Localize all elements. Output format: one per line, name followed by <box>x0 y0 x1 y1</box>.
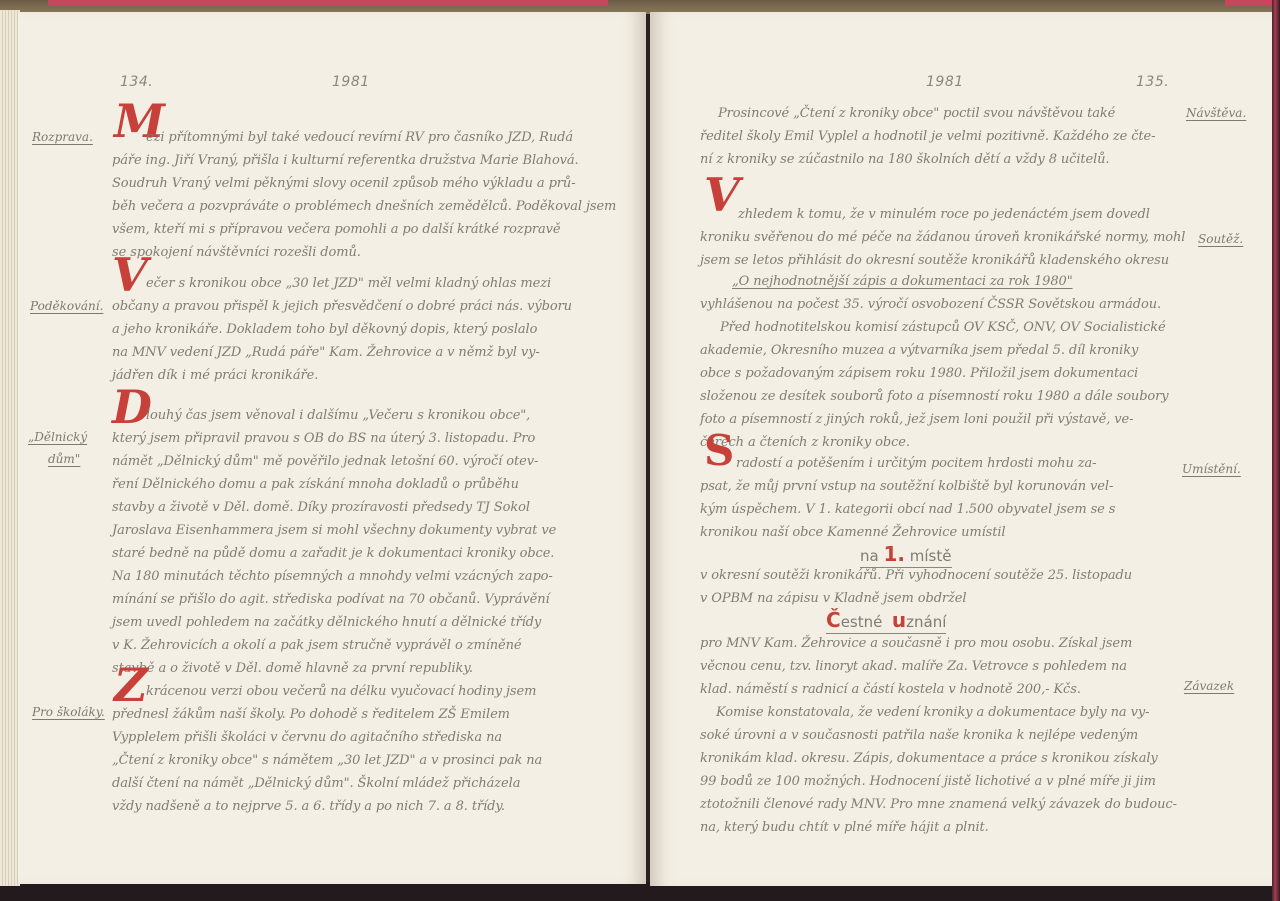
text-line: v OPBM na zápisu v Kladně jsem obdržel <box>700 591 966 606</box>
text-line: psat, že můj první vstup na soutěžní kol… <box>700 479 1113 494</box>
text-line: námět „Dělnický dům" mě pověřilo jednak … <box>112 454 538 469</box>
text-line: ztotožnili členové rady MNV. Pro mne zna… <box>700 797 1177 812</box>
text-line: pro MNV Kam. Žehrovice a současně i pro … <box>700 636 1132 651</box>
text-line: všem, kteří mi s přípravou večera pomohl… <box>112 222 560 237</box>
text-line: kroniku svěřenou do mé péče na žádanou ú… <box>700 230 1185 245</box>
margin-note-pro-skolaky: Pro školáky. <box>32 705 105 719</box>
text-line: který jsem připravil pravou s OB do BS n… <box>112 431 535 446</box>
text-line: jsem uvedl pohledem na začátky dělnickéh… <box>112 615 541 630</box>
text-line: ní z kroniky se zúčastnilo na 180 školní… <box>700 152 1110 167</box>
margin-note-podekovani: Poděkování. <box>30 299 103 313</box>
drop-cap: S <box>704 430 734 472</box>
page-number: 134. <box>120 74 153 90</box>
text-line: zhledem k tomu, že v minulém roce po jed… <box>738 207 1150 222</box>
page-year: 1981 <box>926 74 964 90</box>
page-year: 1981 <box>332 74 370 90</box>
text-line: jsem se letos přihlásit do okresní soutě… <box>700 253 1169 268</box>
right-page: 1981 135. Návštěva. Soutěž. Umístění. Zá… <box>650 12 1272 886</box>
text-line: kronikám klad. okresu. Zápis, dokumentac… <box>700 751 1158 766</box>
margin-note-dum: dům" <box>48 452 80 466</box>
text-line: další čtení na námět „Dělnický dům". Ško… <box>112 776 520 791</box>
text-line: věcnou cenu, tzv. linoryt akad. malíře Z… <box>700 659 1127 674</box>
margin-note-rozprava: Rozprava. <box>32 130 93 144</box>
text-line: občany a pravou přispěl k jejich přesvěd… <box>112 299 572 314</box>
competition-title: „O nejhodnotnější zápis a dokumentaci za… <box>732 274 1073 289</box>
text-line: přednesl žákům naší školy. Po dohodě s ř… <box>112 707 510 722</box>
text-line: Jaroslava Eisenhammera jsem si mohl všec… <box>112 523 556 538</box>
text-line: kým úspěchem. V 1. kategorii obcí nad 1.… <box>700 502 1115 517</box>
drop-cap: D <box>112 384 152 430</box>
text-line: kronikou naší obce Kamenné Žehrovice umí… <box>700 525 1005 540</box>
text-line: v okresní soutěži kronikářů. Při vyhodno… <box>700 568 1132 583</box>
text-line: na, který budu chtít v plné míře hájit a… <box>700 820 989 835</box>
text-line: obce s požadovaným zápisem roku 1980. Př… <box>700 366 1138 381</box>
cover-edge-right-side <box>1272 0 1280 901</box>
drop-cap: Z <box>114 662 148 708</box>
text-line: Komise konstatovala, že vedení kroniky a… <box>716 705 1149 720</box>
text-line: Soudruh Vraný velmi pěknými slovy ocenil… <box>112 176 576 191</box>
text-line: Před hodnotitelskou komisí zástupců OV K… <box>720 320 1166 335</box>
text-line: páře ing. Jiří Vraný, přišla i kulturní … <box>112 153 579 168</box>
placement-title: na 1. místě <box>860 542 952 568</box>
text-line: klad. náměstí s radnicí a částí kostela … <box>700 682 1081 697</box>
placement-number: 1. <box>883 542 905 566</box>
text-line: mínání se přišlo do agit. střediska podí… <box>112 592 550 607</box>
honor-title: Čestné uznání <box>826 608 946 634</box>
text-line: staré bedně na půdě domu a zařadit je k … <box>112 546 554 561</box>
text-line: akademie, Okresního muzea a výtvarníka j… <box>700 343 1138 358</box>
text-line: 99 bodů ze 100 možných. Hodnocení jistě … <box>700 774 1156 789</box>
text-line: Vypplelem přišli školáci v červnu do agi… <box>112 730 502 745</box>
text-line: se spokojení návštěvníci rozešli domů. <box>112 245 361 260</box>
text-line: foto a písemností z jiných roků, jež jse… <box>700 412 1133 427</box>
drop-cap: V <box>112 252 148 298</box>
text-line: „Čtení z kroniky obce" s námětem „30 let… <box>112 753 542 768</box>
text-line: a jeho kronikáře. Dokladem toho byl děko… <box>112 322 537 337</box>
text-line: v K. Žehrovicích a okolí a pak jsem stru… <box>112 638 522 653</box>
text-line: krácenou verzi obou večerů na délku vyuč… <box>146 684 536 699</box>
text-line: ření Dělnického domu a pak získání mnoha… <box>112 477 519 492</box>
margin-note-soutez: Soutěž. <box>1198 232 1243 246</box>
text-line: louhý čas jsem věnoval i dalšímu „Večeru… <box>146 408 530 423</box>
margin-note-navsteva: Návštěva. <box>1186 106 1246 120</box>
text-line: ředitel školy Emil Vyplel a hodnotil je … <box>700 129 1155 144</box>
text-line: vždy nadšeně a to nejprve 5. a 6. třídy … <box>112 799 505 814</box>
text-line: Prosincové „Čtení z kroniky obce" poctil… <box>718 106 1115 121</box>
page-stack-edge <box>0 10 20 886</box>
text-line: radostí a potěšením i určitým pocitem hr… <box>736 456 1096 471</box>
text-line: ezi přítomnými byl také vedoucí revírní … <box>146 130 573 145</box>
margin-note-delnicky: „Dělnický <box>28 430 87 444</box>
drop-cap: V <box>704 172 740 218</box>
cover-edge-left <box>48 0 608 6</box>
text-line: vyhlášenou na počest 35. výročí osvoboze… <box>700 297 1161 312</box>
text-line: běh večera a pozvpráváte o problémech dn… <box>112 199 616 214</box>
page-number: 135. <box>1136 74 1169 90</box>
margin-note-umisteni: Umístění. <box>1182 462 1241 476</box>
text-line: Na 180 minutách těchto písemných a mnohd… <box>112 569 553 584</box>
text-line: na MNV vedení JZD „Rudá páře" Kam. Žehro… <box>112 345 540 360</box>
text-line: ečer s kronikou obce „30 let JZD" měl ve… <box>146 276 551 291</box>
left-page: 134. 1981 Rozprava. Poděkování. „Dělnick… <box>18 12 646 884</box>
text-line: soké úrovni a v současnosti patřila naše… <box>700 728 1138 743</box>
text-line: stavby a životě v Děl. domě. Díky prozír… <box>112 500 530 515</box>
text-line: stavbě a o životě v Děl. domě hlavně za … <box>112 661 473 676</box>
text-line: složenou ze desítek souborů foto a písem… <box>700 389 1169 404</box>
margin-note-zavazek: Závazek <box>1184 679 1234 693</box>
